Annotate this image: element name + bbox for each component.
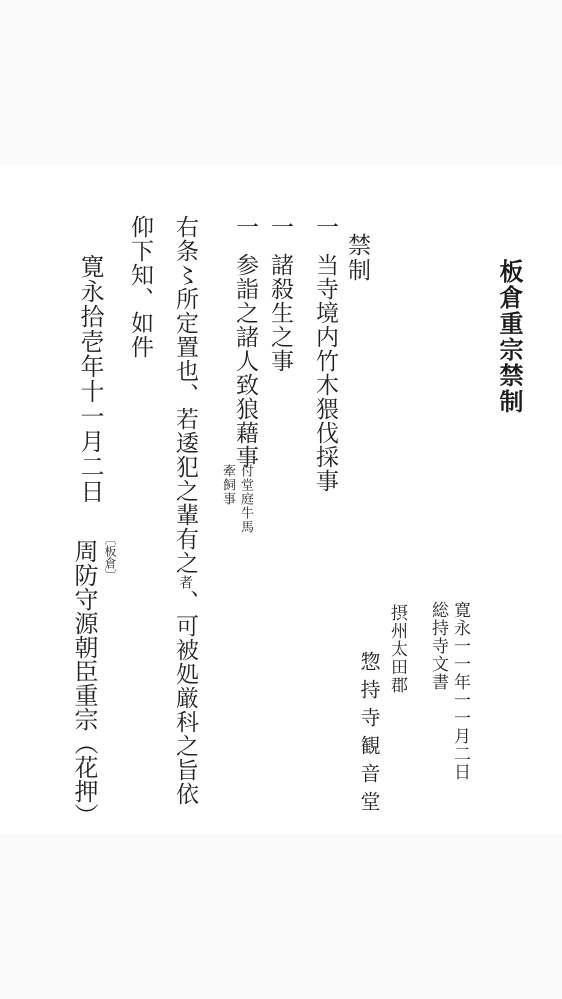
closing-sentence-1: 右条〻所定置也、若逶犯之輩有之者、可被処厳科之旨依: [173, 215, 196, 806]
article-item-2: 一諸殺生之事: [268, 215, 291, 373]
closing-text-part2: 、可被処厳科之旨依: [172, 590, 198, 806]
heading-kinsei: 禁制: [345, 233, 368, 283]
article-item-1: 一当寺境内竹木猥伐採事: [313, 215, 336, 493]
article-note-line-2: 牽飼事: [221, 464, 234, 506]
signature-line: 周防守源朝臣重宗（花押）: [72, 539, 96, 827]
article-marker: 一: [232, 215, 258, 239]
article-text: 当寺境内竹木猥伐採事: [312, 253, 338, 493]
source-collection: 総持寺文書: [429, 601, 446, 691]
article-text: 諸殺生之事: [267, 253, 293, 373]
source-date: 寛永一一年一一月二日: [451, 601, 468, 781]
source-location: 摂州太田郡: [388, 604, 405, 694]
source-temple: 惣持寺観音堂: [359, 651, 379, 819]
article-item-3: 一参詣之諸人致狼藉事: [233, 215, 256, 469]
document-title: 板倉重宗禁制: [497, 259, 521, 415]
closing-sentence-2: 仰下知、如件: [128, 215, 151, 359]
article-note-line-1: 付堂庭牛馬: [239, 464, 252, 534]
article-marker: 一: [312, 215, 338, 239]
date-line: 寛永拾壱年十一月二日: [78, 254, 102, 504]
closing-small-char: 者: [177, 575, 193, 590]
article-marker: 一: [267, 215, 293, 239]
article-text: 参詣之諸人致狼藉事: [232, 253, 258, 469]
closing-text-part1: 右条〻所定置也、若逶犯之輩有之: [172, 215, 198, 575]
document-page: 板倉重宗禁制 禁制 一当寺境内竹木猥伐採事 一諸殺生之事 一参詣之諸人致狼藉事 …: [0, 165, 562, 834]
signer-annotation: 〔板倉〕: [104, 533, 116, 581]
